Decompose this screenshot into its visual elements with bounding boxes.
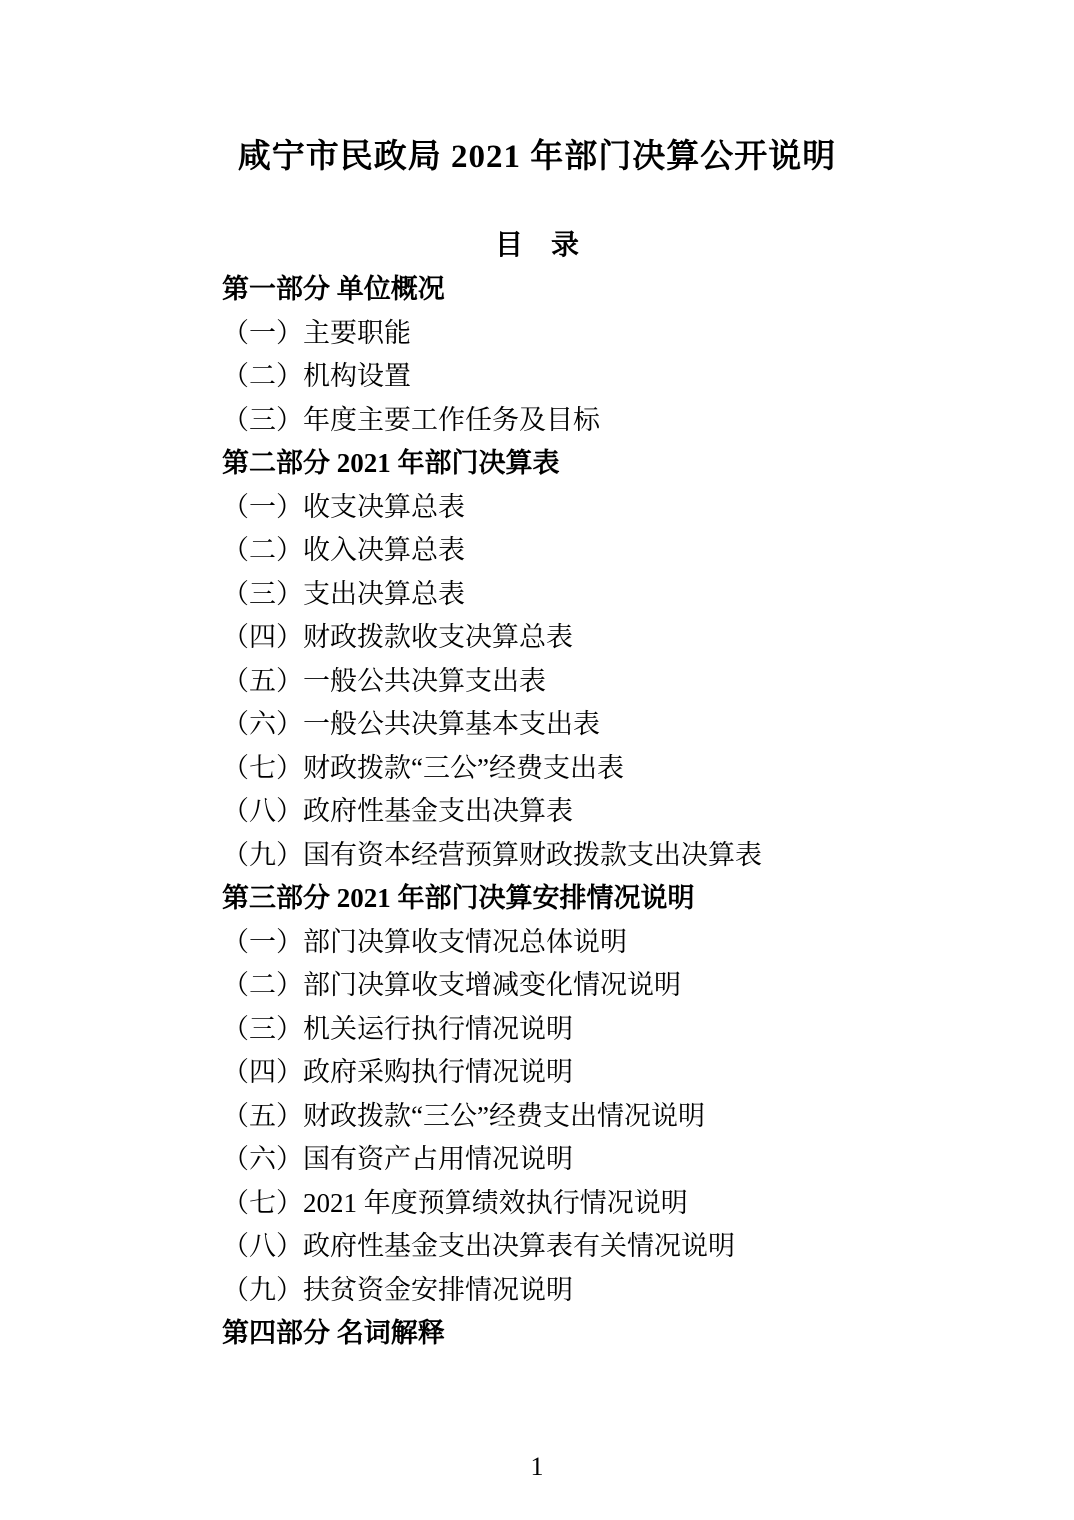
toc-section-heading: 第一部分 单位概况 bbox=[222, 268, 994, 312]
toc-item: （九）扶贫资金安排情况说明 bbox=[222, 1269, 994, 1313]
toc-item: （一）部门决算收支情况总体说明 bbox=[222, 921, 994, 965]
toc-item: （二）收入决算总表 bbox=[222, 529, 994, 573]
toc-section-heading: 第三部分 2021 年部门决算安排情况说明 bbox=[222, 877, 994, 921]
page-number: 1 bbox=[0, 1452, 1074, 1482]
toc-item: （七）财政拨款“三公”经费支出表 bbox=[222, 747, 994, 791]
toc-item: （七）2021 年度预算绩效执行情况说明 bbox=[222, 1182, 994, 1226]
document-page: 咸宁市民政局 2021 年部门决算公开说明 目 录 第一部分 单位概况（一）主要… bbox=[0, 0, 1074, 1520]
toc-item: （五）一般公共决算支出表 bbox=[222, 660, 994, 704]
toc-heading: 目 录 bbox=[0, 231, 1074, 260]
toc-item: （二）机构设置 bbox=[222, 355, 994, 399]
toc-item: （三）年度主要工作任务及目标 bbox=[222, 399, 994, 443]
toc-item: （八）政府性基金支出决算表有关情况说明 bbox=[222, 1225, 994, 1269]
toc-item: （三）支出决算总表 bbox=[222, 573, 994, 617]
toc-list: 第一部分 单位概况（一）主要职能（二）机构设置（三）年度主要工作任务及目标第二部… bbox=[222, 268, 994, 1356]
toc-item: （四）财政拨款收支决算总表 bbox=[222, 616, 994, 660]
toc-item: （六）国有资产占用情况说明 bbox=[222, 1138, 994, 1182]
toc-section-heading: 第四部分 名词解释 bbox=[222, 1312, 994, 1356]
toc-item: （九）国有资本经营预算财政拨款支出决算表 bbox=[222, 834, 994, 878]
toc-item: （八）政府性基金支出决算表 bbox=[222, 790, 994, 834]
toc-item: （一）主要职能 bbox=[222, 312, 994, 356]
toc-item: （一）收支决算总表 bbox=[222, 486, 994, 530]
toc-item: （五）财政拨款“三公”经费支出情况说明 bbox=[222, 1095, 994, 1139]
toc-item: （六）一般公共决算基本支出表 bbox=[222, 703, 994, 747]
toc-section-heading: 第二部分 2021 年部门决算表 bbox=[222, 442, 994, 486]
document-title: 咸宁市民政局 2021 年部门决算公开说明 bbox=[0, 140, 1074, 175]
toc-item: （三）机关运行执行情况说明 bbox=[222, 1008, 994, 1052]
toc-item: （二）部门决算收支增减变化情况说明 bbox=[222, 964, 994, 1008]
toc-item: （四）政府采购执行情况说明 bbox=[222, 1051, 994, 1095]
